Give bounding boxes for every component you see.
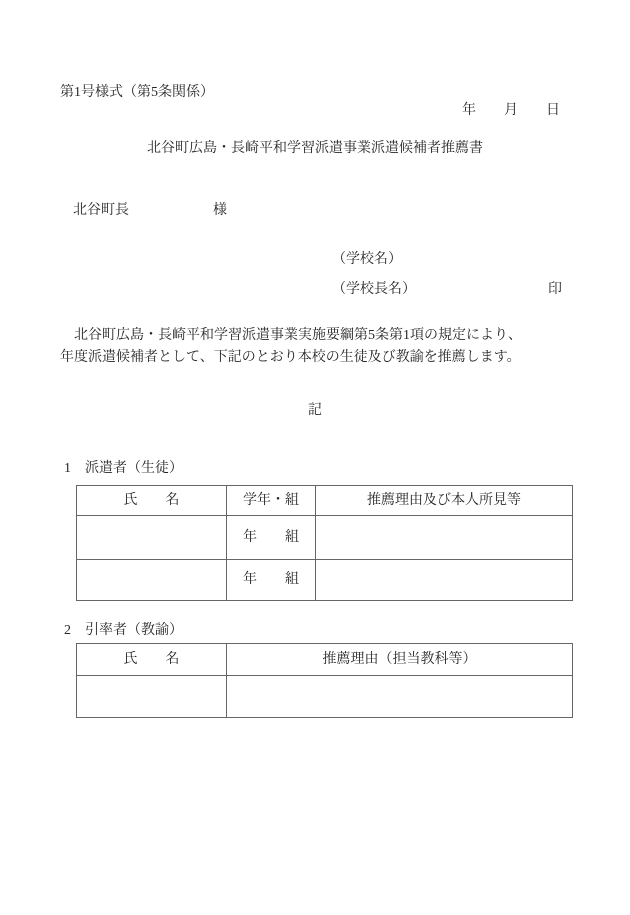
students-table-header-row: 氏 名 学年・組 推薦理由及び本人所見等 [77, 486, 573, 516]
body-line-1: 北谷町広島・長崎平和学習派遣事業実施要綱第5条第1項の規定により、 [60, 325, 574, 347]
student-reason-cell [316, 560, 573, 601]
teachers-header-name: 氏 名 [77, 644, 227, 676]
student-grade-cell: 年 組 [227, 560, 316, 601]
students-table: 氏 名 学年・組 推薦理由及び本人所見等 年 組 年 組 [76, 485, 573, 601]
teachers-header-reason: 推薦理由（担当教科等） [227, 644, 573, 676]
teacher-name-cell [77, 676, 227, 718]
seal-label: 印 [548, 283, 562, 297]
addressee-name: 北谷町長 [73, 204, 129, 218]
students-table-row: 年 組 [77, 516, 573, 560]
students-header-grade: 学年・組 [227, 486, 316, 516]
document-page: 第1号様式（第5条関係） 年 月 日 北谷町広島・長崎平和学習派遣事業派遣候補者… [0, 0, 630, 915]
form-number: 第1号様式（第5条関係） [60, 86, 214, 100]
teachers-table-row [77, 676, 573, 718]
students-table-row: 年 組 [77, 560, 573, 601]
principal-name-label: （学校長名） [332, 283, 416, 297]
teachers-table-header-row: 氏 名 推薦理由（担当教科等） [77, 644, 573, 676]
student-name-cell [77, 560, 227, 601]
school-name-label: （学校名） [332, 253, 402, 267]
student-grade-cell: 年 組 [227, 516, 316, 560]
student-name-cell [77, 516, 227, 560]
student-reason-cell [316, 516, 573, 560]
students-header-name: 氏 名 [77, 486, 227, 516]
students-header-reason: 推薦理由及び本人所見等 [316, 486, 573, 516]
date-line: 年 月 日 [462, 104, 560, 118]
list-marker: 記 [0, 404, 630, 418]
addressee-honorific: 様 [213, 204, 227, 218]
document-title: 北谷町広島・長崎平和学習派遣事業派遣候補者推薦書 [0, 142, 630, 156]
teacher-reason-cell [227, 676, 573, 718]
section-students-heading: 1 派遣者（生徒） [64, 462, 183, 476]
section-teachers-heading: 2 引率者（教諭） [64, 624, 183, 638]
addressee-line: 北谷町長 様 [73, 204, 227, 218]
teachers-table: 氏 名 推薦理由（担当教科等） [76, 643, 573, 718]
body-line-2: 年度派遣候補者として、下記のとおり本校の生徒及び教諭を推薦します。 [60, 347, 574, 369]
body-paragraph: 北谷町広島・長崎平和学習派遣事業実施要綱第5条第1項の規定により、 年度派遣候補… [60, 325, 574, 369]
